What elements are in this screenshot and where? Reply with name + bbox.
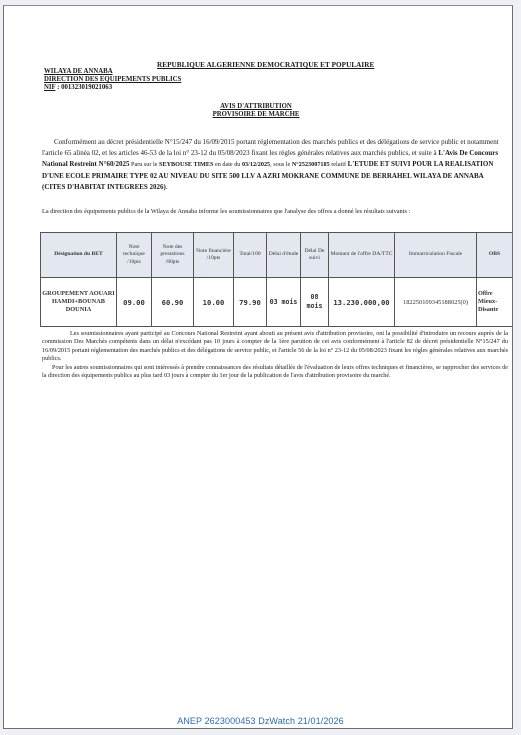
table-row: GROUPEMENT AOUARI HAMDI+BOUNAB DOUNIA 09… (41, 278, 513, 327)
results-table: Désignation du BET Note technique /10pts… (40, 232, 513, 327)
para1-end: . (166, 183, 168, 191)
results-intro: La direction des équipements publics de … (42, 208, 512, 215)
col-delai-etude: Délai d'étude (267, 233, 301, 278)
para1-date: 03/12/2025 (242, 161, 270, 168)
col-delai-suivi: Délai De suivi (301, 233, 329, 278)
notice-title-line2: PROVISOIRE DE MARCHE (4, 111, 508, 119)
notice-title-line1: AVIS D'ATTRIBUTION (4, 103, 508, 111)
source-footer: ANEP 2623000453 DzWatch 21/01/2026 (0, 716, 521, 726)
col-designation: Désignation du BET (41, 233, 117, 278)
appeal-paragraph: Les soumissionnaires ayant participé au … (42, 330, 508, 364)
cell-note-technique: 09.00 (117, 278, 152, 327)
issuer-direction: DIRECTION DES EQUIPEMENTS PUBLICS (44, 76, 181, 84)
para1-sous: , sous le (270, 161, 292, 168)
table-header-row: Désignation du BET Note technique /10pts… (41, 233, 513, 278)
cell-immatriculation: 182250109345188025(0) (395, 278, 477, 327)
col-note-prestations: Note des prestations /80pts (152, 233, 194, 278)
col-montant: Montant de l'offre DA/TTC (329, 233, 395, 278)
legal-basis-paragraph: Conformément au décret présidentielle N°… (42, 137, 508, 193)
col-note-financiere: Note financière /10pts (194, 233, 234, 278)
republic-header: REPUBLIQUE ALGERIENNE DEMOCRATIQUE ET PO… (157, 61, 374, 69)
para1-text: Conformément au décret présidentielle N°… (42, 138, 499, 157)
consultation-paragraph: Pour les autres soumissionnaires qui son… (42, 364, 508, 381)
scanned-notice: REPUBLIQUE ALGERIENNE DEMOCRATIQUE ET PO… (4, 6, 512, 728)
cell-montant: 13.230.000,00 (329, 278, 395, 327)
cell-designation: GROUPEMENT AOUARI HAMDI+BOUNAB DOUNIA (41, 278, 117, 327)
col-total: Total/100 (234, 233, 267, 278)
nif-label: NIF (44, 84, 55, 91)
issuer-block: WILAYA DE ANNABA DIRECTION DES EQUIPEMEN… (44, 68, 181, 92)
cell-obs: Offre Mieux-Disante (477, 278, 513, 327)
cell-delai-suivi: 08 mois (301, 278, 329, 327)
para1-ref: N°2523007185 (292, 161, 330, 168)
para1-relatif: relatif (330, 161, 348, 168)
nif-value: : 001323019021063 (55, 84, 112, 91)
para1-date-prefix: en date du (213, 161, 242, 168)
col-note-technique: Note technique /10pts (117, 233, 152, 278)
cell-delai-etude: 03 mois (267, 278, 301, 327)
para1-paru: Paru sur le (129, 161, 159, 168)
issuer-wilaya: WILAYA DE ANNABA (44, 68, 181, 76)
issuer-nif: NIF : 001323019021063 (44, 84, 181, 92)
cell-total: 79.90 (234, 278, 267, 327)
cell-note-financiere: 10.00 (194, 278, 234, 327)
col-immatriculation: Immatriculation Fiscale (395, 233, 477, 278)
col-obs: OBS (477, 233, 513, 278)
cell-note-prestations: 60.90 (152, 278, 194, 327)
notice-title: AVIS D'ATTRIBUTION PROVISOIRE DE MARCHE (4, 103, 508, 119)
para1-journal: SEYBOUSE TIMES (159, 161, 213, 168)
appeal-paragraphs: Les soumissionnaires ayant participé au … (42, 330, 508, 380)
document-page: REPUBLIQUE ALGERIENNE DEMOCRATIQUE ET PO… (3, 5, 513, 729)
